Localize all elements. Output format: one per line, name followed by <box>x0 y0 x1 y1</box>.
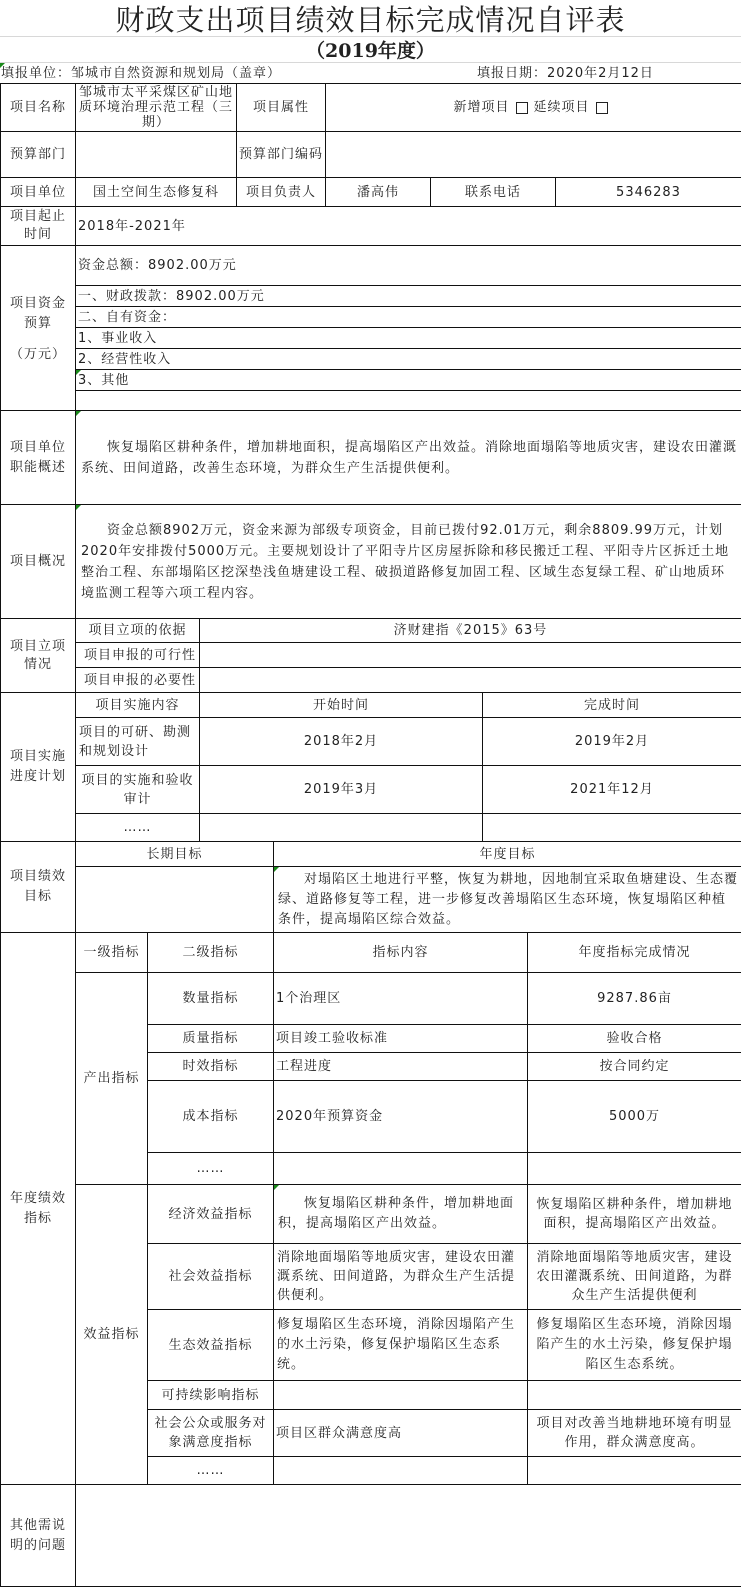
contact-phone-value[interactable]: 5346283 <box>556 178 741 207</box>
schedule-row-1-end[interactable]: 2019年2月 <box>483 718 741 766</box>
budget-own[interactable]: 二、自有资金： <box>76 307 741 328</box>
budget-blank[interactable] <box>76 391 741 411</box>
approval-necessity-label: 项目申报的必要性 <box>76 668 200 693</box>
other-issues-label: 其他需说明的问题 <box>1 1485 76 1587</box>
indicators-label: 年度绩效指标 <box>1 933 76 1485</box>
schedule-header-end: 完成时间 <box>483 693 741 718</box>
output-row-1-content[interactable]: 1个治理区 <box>274 973 528 1025</box>
indicator-header-content: 指标内容 <box>274 933 528 973</box>
output-row-5-content[interactable] <box>274 1153 528 1185</box>
budget-label-unit: （万元） <box>10 346 66 363</box>
output-row-4-result[interactable]: 5000万 <box>528 1081 741 1153</box>
benefit-row-2-content[interactable]: 消除地面塌陷等地质灾害，建设农田灌溉系统、田间道路，为群众生产生活提供便利。 <box>274 1244 528 1310</box>
benefit-row-3-content[interactable]: 修复塌陷区生态环境，消除因塌陷产生的水土污染，修复保护塌陷区生态系统。 <box>274 1310 528 1381</box>
benefit-row-1-content-text: 恢复塌陷区耕种条件，增加耕地面积，提高塌陷区产出效益。 <box>276 1194 527 1234</box>
benefit-row-6-result[interactable] <box>528 1457 741 1485</box>
output-row-4-name: 成本指标 <box>148 1081 274 1153</box>
project-name-value[interactable]: 邹城市太平采煤区矿山地质环境治理示范工程（三期） <box>76 84 237 132</box>
approval-feasibility-value[interactable] <box>200 643 741 668</box>
schedule-header-start: 开始时间 <box>200 693 483 718</box>
project-overview-label: 项目概况 <box>1 505 76 619</box>
continue-project-checkbox[interactable] <box>596 102 608 114</box>
function-overview-text: 恢复塌陷区耕种条件，增加耕地面积，提高塌陷区产出效益。消除地面塌陷等地质灾害，建… <box>78 437 741 479</box>
annual-goal-text: 对塌陷区土地进行平整，恢复为耕地，因地制宜采取鱼塘建设、生态覆绿、道路修复等工程… <box>276 870 741 930</box>
long-term-goal-value[interactable] <box>76 867 274 933</box>
benefit-row-1-name: 经济效益指标 <box>148 1185 274 1244</box>
budget-dept-code-label: 预算部门编码 <box>237 132 326 178</box>
period-value[interactable]: 2018年-2021年 <box>76 207 741 246</box>
budget-dept-label: 预算部门 <box>1 132 76 178</box>
approval-feasibility-label: 项目申报的可行性 <box>76 643 200 668</box>
project-unit-value[interactable]: 国土空间生态修复科 <box>76 178 237 207</box>
schedule-row-2-content[interactable]: 项目的实施和验收审计 <box>76 766 200 814</box>
other-issues-value[interactable] <box>76 1485 741 1587</box>
budget-item-operating[interactable]: 2、经营性收入 <box>76 349 741 370</box>
contact-phone-label: 联系电话 <box>431 178 556 207</box>
project-leader-value[interactable]: 潘高伟 <box>326 178 431 207</box>
page-subtitle: （2019年度） <box>0 37 741 63</box>
benefit-row-4-name: 可持续影响指标 <box>148 1381 274 1410</box>
output-row-1-result[interactable]: 9287.86亩 <box>528 973 741 1025</box>
budget-dept-value[interactable] <box>76 132 237 178</box>
project-name-label: 项目名称 <box>1 84 76 132</box>
benefit-row-4-content[interactable] <box>274 1381 528 1410</box>
function-overview-label: 项目单位职能概述 <box>1 411 76 505</box>
indicator-header-result: 年度指标完成情况 <box>528 933 741 973</box>
schedule-row-3-start[interactable] <box>200 814 483 842</box>
long-term-goal-header: 长期目标 <box>76 842 274 867</box>
schedule-row-3-end[interactable] <box>483 814 741 842</box>
project-overview-value[interactable]: 资金总额8902万元，资金来源为部级专项资金，目前已拨付92.01万元，剩余88… <box>76 505 741 619</box>
budget-fiscal[interactable]: 一、财政拨款：8902.00万元 <box>76 286 741 307</box>
new-project-checkbox[interactable] <box>516 102 528 114</box>
continue-project-label: 延续项目 <box>534 99 590 116</box>
benefit-indicators-label: 效益指标 <box>76 1185 148 1485</box>
output-row-4-content[interactable]: 2020年预算资金 <box>274 1081 528 1153</box>
evaluation-table: 项目名称 邹城市太平采煤区矿山地质环境治理示范工程（三期） 项目属性 新增项目 … <box>0 83 741 1587</box>
schedule-row-2-end[interactable]: 2021年12月 <box>483 766 741 814</box>
output-indicators-label: 产出指标 <box>76 973 148 1185</box>
project-leader-label: 项目负责人 <box>237 178 326 207</box>
budget-item-other[interactable]: 3、其他 <box>76 370 741 391</box>
project-overview-text: 资金总额8902万元，资金来源为部级专项资金，目前已拨付92.01万元，剩余88… <box>78 520 741 604</box>
output-row-3-result[interactable]: 按合同约定 <box>528 1053 741 1081</box>
budget-item-business[interactable]: 1、事业收入 <box>76 328 741 349</box>
approval-necessity-value[interactable] <box>200 668 741 693</box>
period-label: 项目起止时间 <box>1 207 76 246</box>
schedule-row-1-content[interactable]: 项目的可研、勘测和规划设计 <box>76 718 200 766</box>
reporting-unit: 填报单位：邹城市自然资源和规划局（盖章） <box>0 63 420 83</box>
output-row-2-result[interactable]: 验收合格 <box>528 1025 741 1053</box>
benefit-row-5-name: 社会公众或服务对象满意度指标 <box>148 1410 274 1457</box>
schedule-header-content: 项目实施内容 <box>76 693 200 718</box>
new-project-label: 新增项目 <box>453 99 509 116</box>
benefit-row-2-result[interactable]: 消除地面塌陷等地质灾害，建设农田灌溉系统、田间道路，为群众生产生活提供便利 <box>528 1244 741 1310</box>
benefit-row-6-content[interactable] <box>274 1457 528 1485</box>
annual-goal-value[interactable]: 对塌陷区土地进行平整，恢复为耕地，因地制宜采取鱼塘建设、生态覆绿、道路修复等工程… <box>274 867 741 933</box>
benefit-row-4-result[interactable] <box>528 1381 741 1410</box>
budget-total[interactable]: 资金总额：8902.00万元 <box>76 246 741 286</box>
page-title: 财政支出项目绩效目标完成情况自评表 <box>0 0 741 37</box>
benefit-row-1-content[interactable]: 恢复塌陷区耕种条件，增加耕地面积，提高塌陷区产出效益。 <box>274 1185 528 1244</box>
schedule-row-3-content[interactable]: …… <box>76 814 200 842</box>
indicator-header-level1: 一级指标 <box>76 933 148 973</box>
schedule-row-1-start[interactable]: 2018年2月 <box>200 718 483 766</box>
output-row-3-content[interactable]: 工程进度 <box>274 1053 528 1081</box>
reporting-date: 填报日期：2020年2月12日 <box>475 63 741 83</box>
approval-label: 项目立项情况 <box>1 619 76 693</box>
approval-basis-value[interactable]: 济财建指《2015》63号 <box>200 619 741 643</box>
goals-label: 项目绩效目标 <box>1 842 76 933</box>
benefit-row-5-content[interactable]: 项目区群众满意度高 <box>274 1410 528 1457</box>
function-overview-value[interactable]: 恢复塌陷区耕种条件，增加耕地面积，提高塌陷区产出效益。消除地面塌陷等地质灾害，建… <box>76 411 741 505</box>
output-row-5-result[interactable] <box>528 1153 741 1185</box>
project-unit-label: 项目单位 <box>1 178 76 207</box>
annual-goal-header: 年度目标 <box>274 842 741 867</box>
output-row-2-content[interactable]: 项目竣工验收标准 <box>274 1025 528 1053</box>
output-row-2-name: 质量指标 <box>148 1025 274 1053</box>
project-attr-label: 项目属性 <box>237 84 326 132</box>
approval-basis-label: 项目立项的依据 <box>76 619 200 643</box>
benefit-row-3-name: 生态效益指标 <box>148 1310 274 1381</box>
benefit-row-1-result[interactable]: 恢复塌陷区耕种条件，增加耕地面积，提高塌陷区产出效益。 <box>528 1185 741 1244</box>
budget-label-main: 项目资金预算 <box>1 294 75 334</box>
benefit-row-3-result[interactable]: 修复塌陷区生态环境，消除因塌陷产生的水土污染，修复保护塌陷区生态系统。 <box>528 1310 741 1381</box>
output-row-1-name: 数量指标 <box>148 973 274 1025</box>
benefit-row-5-result[interactable]: 项目对改善当地耕地环境有明显作用，群众满意度高。 <box>528 1410 741 1457</box>
benefit-row-2-name: 社会效益指标 <box>148 1244 274 1310</box>
schedule-label: 项目实施进度计划 <box>1 693 76 842</box>
output-row-3-name: 时效指标 <box>148 1053 274 1081</box>
benefit-row-6-name: …… <box>148 1457 274 1485</box>
project-attr-options: 新增项目 延续项目 <box>326 84 741 132</box>
budget-label: 项目资金预算 （万元） <box>1 246 76 411</box>
indicator-header-level2: 二级指标 <box>148 933 274 973</box>
budget-dept-code-value[interactable] <box>326 132 741 178</box>
output-row-5-name: …… <box>148 1153 274 1185</box>
schedule-row-2-start[interactable]: 2019年3月 <box>200 766 483 814</box>
